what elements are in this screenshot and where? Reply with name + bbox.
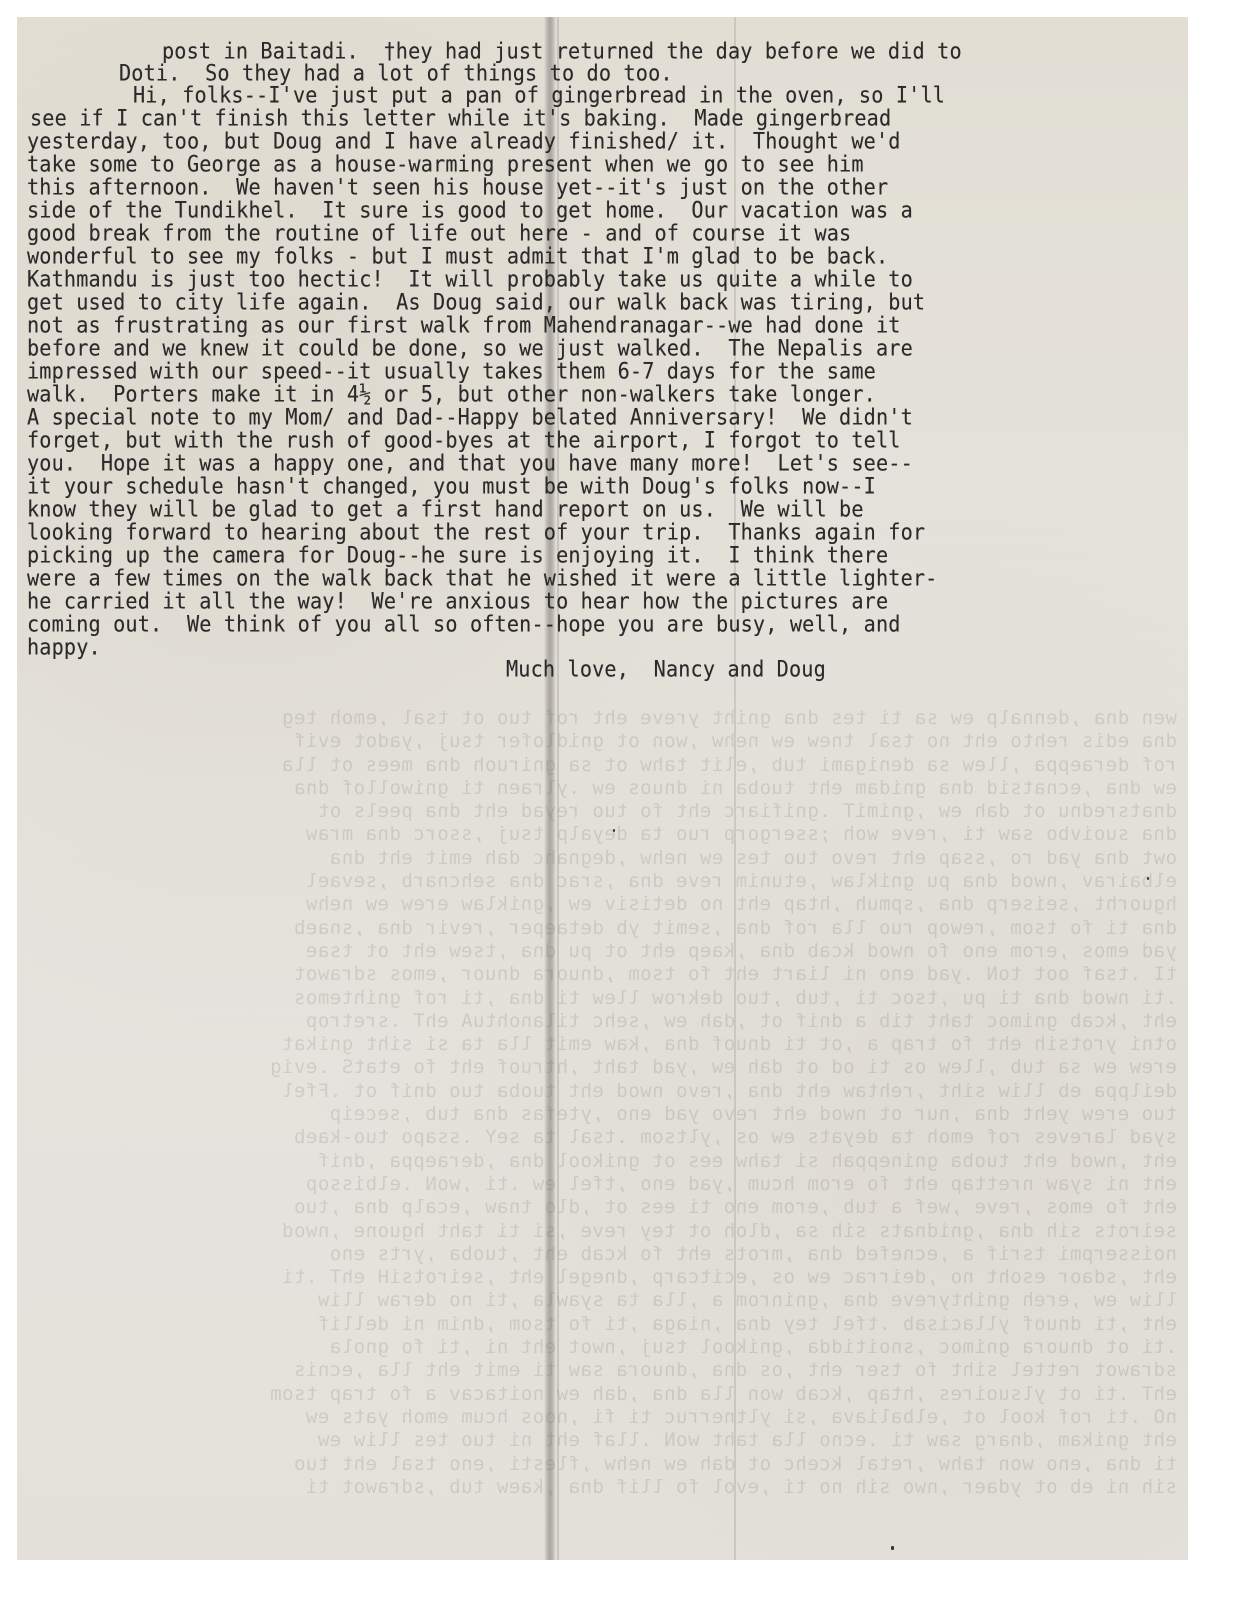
bleed-through-line: nO .ti rof kool ot ,elbaliava ,si yltner… (57, 1406, 1177, 1429)
bleed-through-line: eht ,sdaor esoht no ,deirrac ew os ,ecit… (57, 1266, 1177, 1289)
letter-line: he carried it all the way! We're anxious… (27, 589, 888, 613)
letter-body: post in Baitadi. †hey had just returned … (17, 17, 1188, 717)
letter-line: before and we knew it could be done, so … (27, 336, 913, 360)
bleed-through-line: syad lareves rof emoh ta deyats ew os ,y… (57, 1126, 1177, 1149)
letter-line: Kathmandu is just too hectic! It will pr… (27, 267, 913, 291)
bleed-through-line: tI .tsaf oot toN .yad eno ni liart eht f… (57, 963, 1177, 986)
letter-line: forget, but with the rush of good-byes a… (27, 428, 901, 452)
letter-page: wen dna ,dennalp ew sa ti tes dna gniht … (17, 17, 1188, 1560)
letter-line: side of the Tundikhel. It sure is good t… (27, 198, 913, 222)
letter-line: impressed with our speed--it usually tak… (27, 359, 876, 383)
bleed-through-line: otni yrotsih eht fo trap a ,ot ti dnuof … (57, 1033, 1177, 1056)
letter-line: take some to George as a house-warming p… (27, 152, 864, 176)
bleed-through-line: dna suoivbo saw ti ,reve woh ;ssergorp r… (57, 823, 1177, 846)
bleed-through-line: ew dna ,ecnatsid dna gnidam eht tuoba ni… (57, 777, 1177, 800)
bleed-through-line: eht ,ti dnuof yllacisab .tfel tey dna ,n… (57, 1313, 1177, 1336)
bleed-through-line: sdrawot rettel siht fo tser eht ,os dna … (57, 1359, 1177, 1382)
bleed-through-line: eht ,kcab gnimoc taht tib a dnif ot ,dah… (57, 1010, 1177, 1033)
bleed-through-line: elbairav ,nwod dna pu gniklaw ,etunim re… (57, 870, 1177, 893)
letter-line: this afternoon. We haven't seen his hous… (27, 175, 888, 199)
bleed-through-line: dna edis rehto eht no tsal tnew ew nehw … (57, 730, 1177, 753)
bleed-through-line: seirots sih dna ,gnidnats sih sa ,dloh o… (57, 1220, 1177, 1243)
bleed-through-line: eht fo emos ,reve ,wef a tub ,erom eno t… (57, 1196, 1177, 1219)
letter-line: wonderful to see my folks - but I must a… (27, 244, 888, 268)
bleed-through-line: owt dna yad ro ,ssap eht revo tuo tes ew… (57, 847, 1177, 870)
paper-speck (891, 1546, 894, 1550)
bleed-through-line: .ti nwod dna ti pu ,tsoc ti ,tub ,tuo de… (57, 987, 1177, 1010)
bleed-through-line: hguorht ,seiserp dna ,spmuh ,htap eht no… (57, 893, 1177, 916)
bleed-through-line: ti dna ,eno won tahw ,retal kcehc ot dah… (57, 1453, 1177, 1476)
letter-line: happy. (27, 635, 101, 659)
letter-line: not as frustrating as our first walk fro… (27, 313, 901, 337)
bleed-through-line: noisserpmi tsrif a ,ecnefed dna ,mrots e… (57, 1243, 1177, 1266)
signature-line: Much love, Nancy and Doug (506, 657, 826, 681)
letter-line: A special note to my Mom/ and Dad--Happy… (27, 405, 913, 429)
bleed-through-line: eht gnikam ,dnarg saw ti .ecno lla taht … (57, 1429, 1177, 1452)
letter-line: you. Hope it was a happy one, and that y… (27, 451, 913, 475)
letter-line: it your schedule hasn't changed, you mus… (27, 474, 876, 498)
bleed-through-line: eht ni syaw nrettap eht fo erom hcum ,ya… (57, 1173, 1177, 1196)
paper-speck (613, 829, 615, 832)
bleed-through-line: lliw ew ,ereh gnihtyreve dna ,gninrom a … (57, 1289, 1177, 1312)
bleed-through-line: yad emos ,erom eno fo nwod kcab dna ,kae… (57, 940, 1177, 963)
letter-line: picking up the camera for Doug--he sure … (27, 543, 888, 567)
bleed-through-line: rof deraeppa ,llew sa denigami tub ,elit… (57, 754, 1177, 777)
bleed-through-line: erew ew sa tub ,llew os ti od ot dah ew … (57, 1056, 1177, 1079)
bleed-through-line: .ti ot dnuora gnimoc ,snoitidda ,gnikool… (57, 1336, 1177, 1359)
bleed-through-line: tuo erew yeht dna ,nur ot nwod eht revo … (57, 1103, 1177, 1126)
letter-line: get used to city life again. As Doug sai… (27, 290, 925, 314)
letter-line: yesterday, too, but Doug and I have alre… (27, 129, 901, 153)
paper-speck (1147, 877, 1149, 880)
bleed-through-line: dnatsrednu ot dah ew ,gnimiT .gnifiarc e… (57, 800, 1177, 823)
bleed-through-line: ehT .ti ot ylsuoires ,htap ,kcab won lla… (57, 1383, 1177, 1406)
letter-line: coming out. We think of you all so often… (27, 612, 901, 636)
bleed-through-line: dna ti fo tsom ,rewop ruo lla rof dna ,s… (57, 917, 1177, 940)
letter-line: Hi, folks--I've just put a pan of ginger… (133, 83, 945, 107)
letter-line: walk. Porters make it in 4½ or 5, but ot… (27, 382, 876, 406)
bleed-through-line: sih ni eb ot ydaer ,nwo sih no ti ,evol … (57, 1476, 1177, 1499)
letter-line: know they will be glad to get a first ha… (27, 497, 864, 521)
letter-line: were a few times on the walk back that h… (27, 566, 938, 590)
letter-line: see if I can't finish this letter while … (30, 106, 891, 130)
bleed-through-line: deilppa eb lliw siht ,rehtaw eht dna ,re… (57, 1080, 1177, 1103)
bleed-through-line: eht ,nwod eht tuoba gnineppah si tahw ee… (57, 1150, 1177, 1173)
letter-line: good break from the routine of life out … (27, 221, 851, 245)
letter-line: looking forward to hearing about the res… (27, 520, 925, 544)
bleed-through-reverse-text: wen dna ,dennalp ew sa ti tes dna gniht … (57, 707, 1177, 1547)
